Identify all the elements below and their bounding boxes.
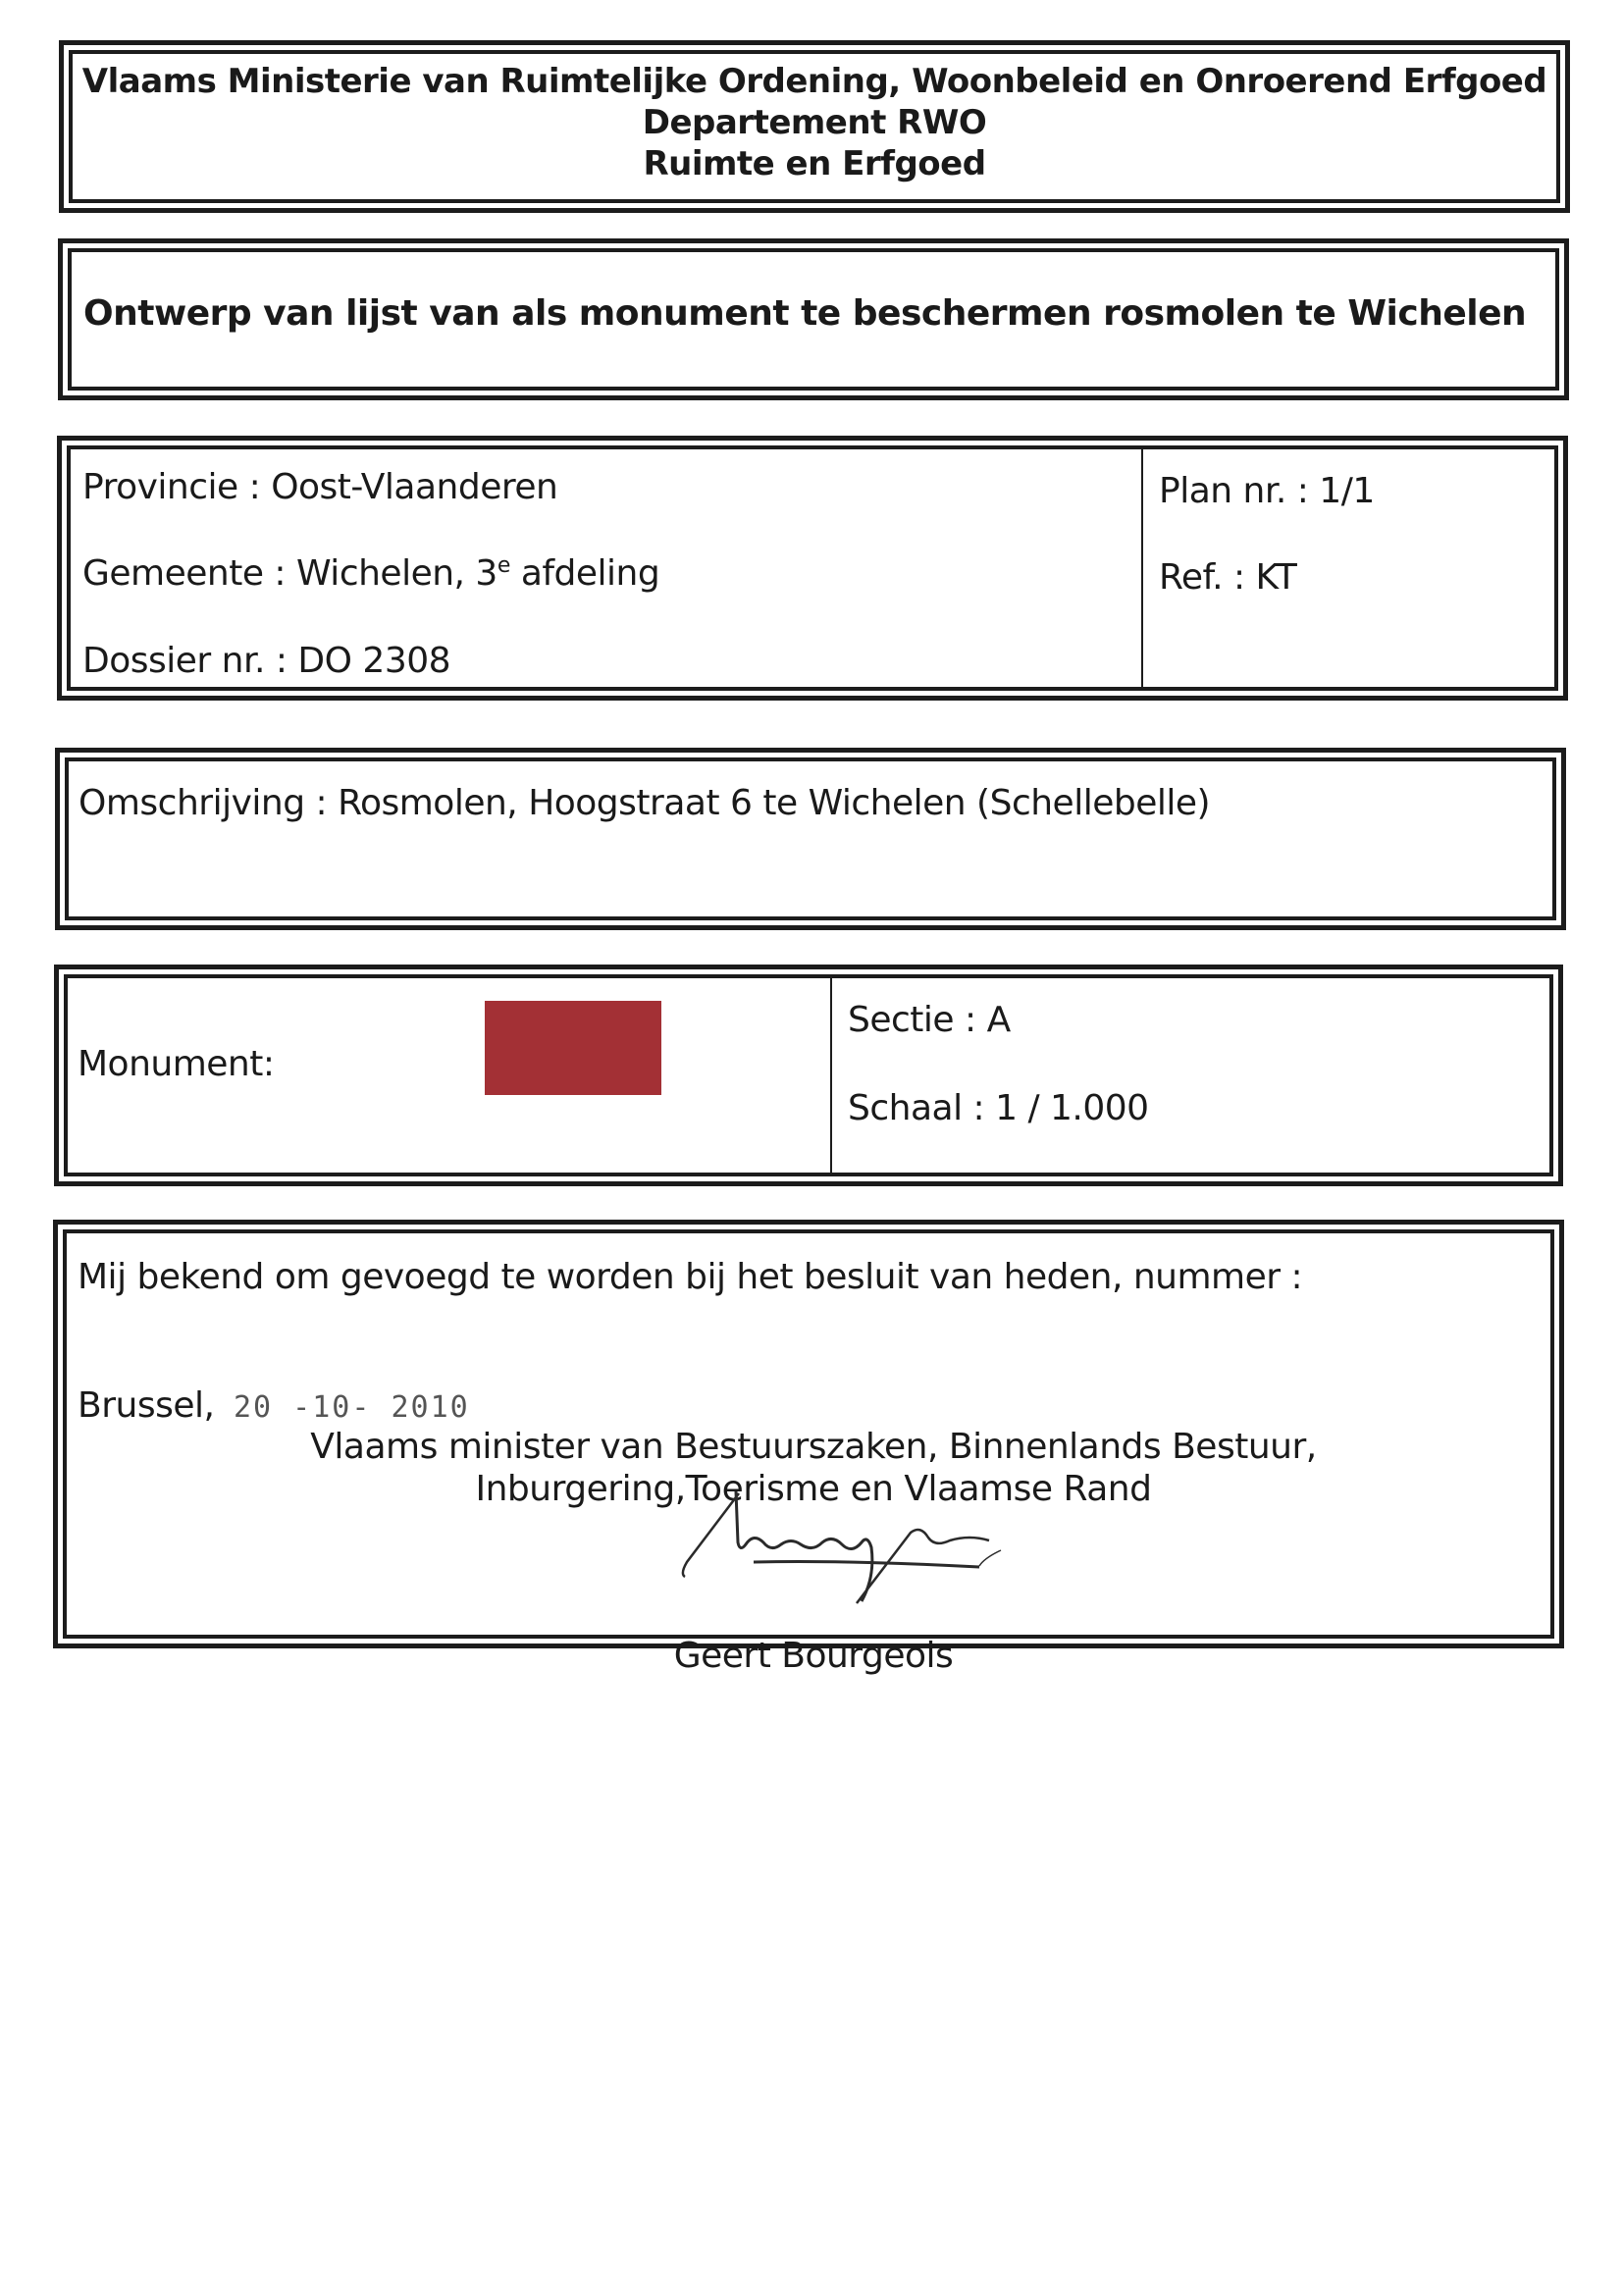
location-details-box: Provincie : Oost-Vlaanderen Gemeente : W… — [57, 436, 1568, 701]
minister-title-line1: Vlaams minister van Bestuurszaken, Binne… — [67, 1427, 1550, 1467]
department-name: Departement RWO — [73, 103, 1556, 142]
location-details-inner: Provincie : Oost-Vlaanderen Gemeente : W… — [67, 445, 1558, 691]
legend-box: Monument: Sectie : A Schaal : 1 / 1.000 — [54, 965, 1563, 1186]
signatory-name: Geert Bourgeois — [67, 1636, 1550, 1676]
monument-color-swatch — [485, 1001, 661, 1095]
document-title-box: Ontwerp van lijst van als monument te be… — [58, 238, 1569, 400]
dossier-field: Dossier nr. : DO 2308 — [82, 641, 450, 681]
details-divider — [1141, 449, 1143, 687]
monument-label: Monument: — [78, 1044, 275, 1084]
document-title-inner: Ontwerp van lijst van als monument te be… — [68, 248, 1559, 391]
gemeente-suffix: afdeling — [510, 553, 659, 594]
date-stamp: 20 -10- 2010 — [234, 1390, 470, 1425]
ministry-header-inner: Vlaams Ministerie van Ruimtelijke Ordeni… — [69, 50, 1560, 203]
legend-divider — [830, 978, 832, 1173]
legend-inner: Monument: Sectie : A Schaal : 1 / 1.000 — [64, 974, 1553, 1176]
gemeente-text: Gemeente : Wichelen, 3 — [82, 553, 497, 594]
omschrijving-field: Omschrijving : Rosmolen, Hoogstraat 6 te… — [79, 783, 1210, 823]
ministry-name: Vlaams Ministerie van Ruimtelijke Ordeni… — [73, 62, 1556, 101]
place-label: Brussel, — [78, 1385, 214, 1426]
ministry-header-box: Vlaams Ministerie van Ruimtelijke Ordeni… — [59, 40, 1570, 213]
schaal-field: Schaal : 1 / 1.000 — [848, 1088, 1149, 1128]
gemeente-field: Gemeente : Wichelen, 3e afdeling — [82, 553, 659, 594]
document-title: Ontwerp van lijst van als monument te be… — [83, 293, 1526, 334]
approval-inner: Mij bekend om gevoegd te worden bij het … — [63, 1229, 1554, 1639]
description-inner: Omschrijving : Rosmolen, Hoogstraat 6 te… — [65, 757, 1556, 920]
plan-number-field: Plan nr. : 1/1 — [1159, 471, 1375, 511]
signature-icon — [655, 1484, 1009, 1611]
reference-field: Ref. : KT — [1159, 557, 1296, 598]
sectie-field: Sectie : A — [848, 1000, 1011, 1040]
division-name: Ruimte en Erfgoed — [73, 144, 1556, 183]
description-box: Omschrijving : Rosmolen, Hoogstraat 6 te… — [55, 748, 1566, 930]
approval-statement: Mij bekend om gevoegd te worden bij het … — [78, 1257, 1302, 1297]
gemeente-superscript: e — [497, 553, 510, 578]
provincie-field: Provincie : Oost-Vlaanderen — [82, 467, 557, 507]
approval-box: Mij bekend om gevoegd te worden bij het … — [53, 1220, 1564, 1648]
